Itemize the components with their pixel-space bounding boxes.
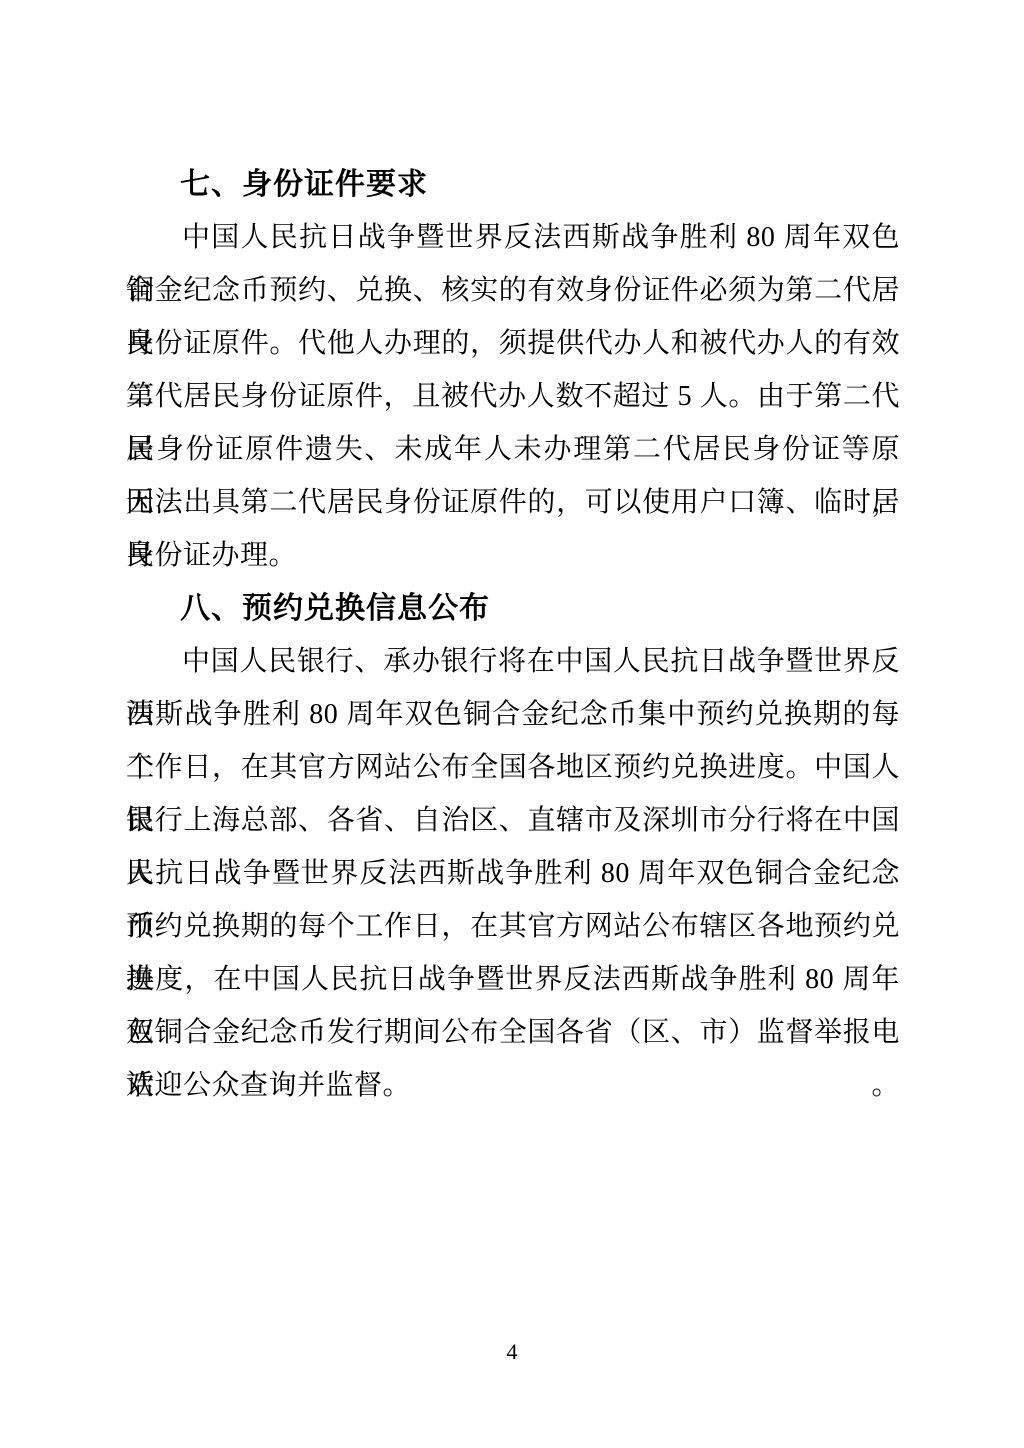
page-number: 4 [0,1338,1024,1366]
body-line: 民抗日战争暨世界反法西斯战争胜利 80 周年双色铜合金纪念币 [126,847,900,900]
body-line: 中国人民银行、承办银行将在中国人民抗日战争暨世界反法 [126,635,900,688]
body-line: 银行上海总部、各省、自治区、直辖市及深圳市分行将在中国人 [126,794,900,847]
body-line: 无法出具第二代居民身份证原件的，可以使用户口簿、临时居民 [126,476,900,529]
body-line: 中国人民抗日战争暨世界反法西斯战争胜利 80 周年双色铜 [126,211,900,264]
body-line: 身份证办理。 [126,529,900,582]
body-line: 西斯战争胜利 80 周年双色铜合金纪念币集中预约兑换期的每个 [126,688,900,741]
document-body: 七、身份证件要求中国人民抗日战争暨世界反法西斯战争胜利 80 周年双色铜合金纪念… [126,158,900,1112]
body-line: 进度，在中国人民抗日战争暨世界反法西斯战争胜利 80 周年双 [126,953,900,1006]
body-line: 身份证原件。代他人办理的，须提供代办人和被代办人的有效第 [126,317,900,370]
body-line: 合金纪念币预约、兑换、核实的有效身份证件必须为第二代居民 [126,264,900,317]
section-heading: 七、身份证件要求 [126,158,900,211]
body-line: 色铜合金纪念币发行期间公布全国各省（区、市）监督举报电话。 [126,1006,900,1059]
section-heading: 八、预约兑换信息公布 [126,582,900,635]
body-line: 二代居民身份证原件，且被代办人数不超过 5 人。由于第二代居 [126,370,900,423]
body-line: 工作日，在其官方网站公布全国各地区预约兑换进度。中国人民 [126,741,900,794]
body-line: 预约兑换期的每个工作日，在其官方网站公布辖区各地预约兑换 [126,900,900,953]
document-page: 七、身份证件要求中国人民抗日战争暨世界反法西斯战争胜利 80 周年双色铜合金纪念… [0,0,1024,1448]
body-line: 民身份证原件遗失、未成年人未办理第二代居民身份证等原因， [126,423,900,476]
